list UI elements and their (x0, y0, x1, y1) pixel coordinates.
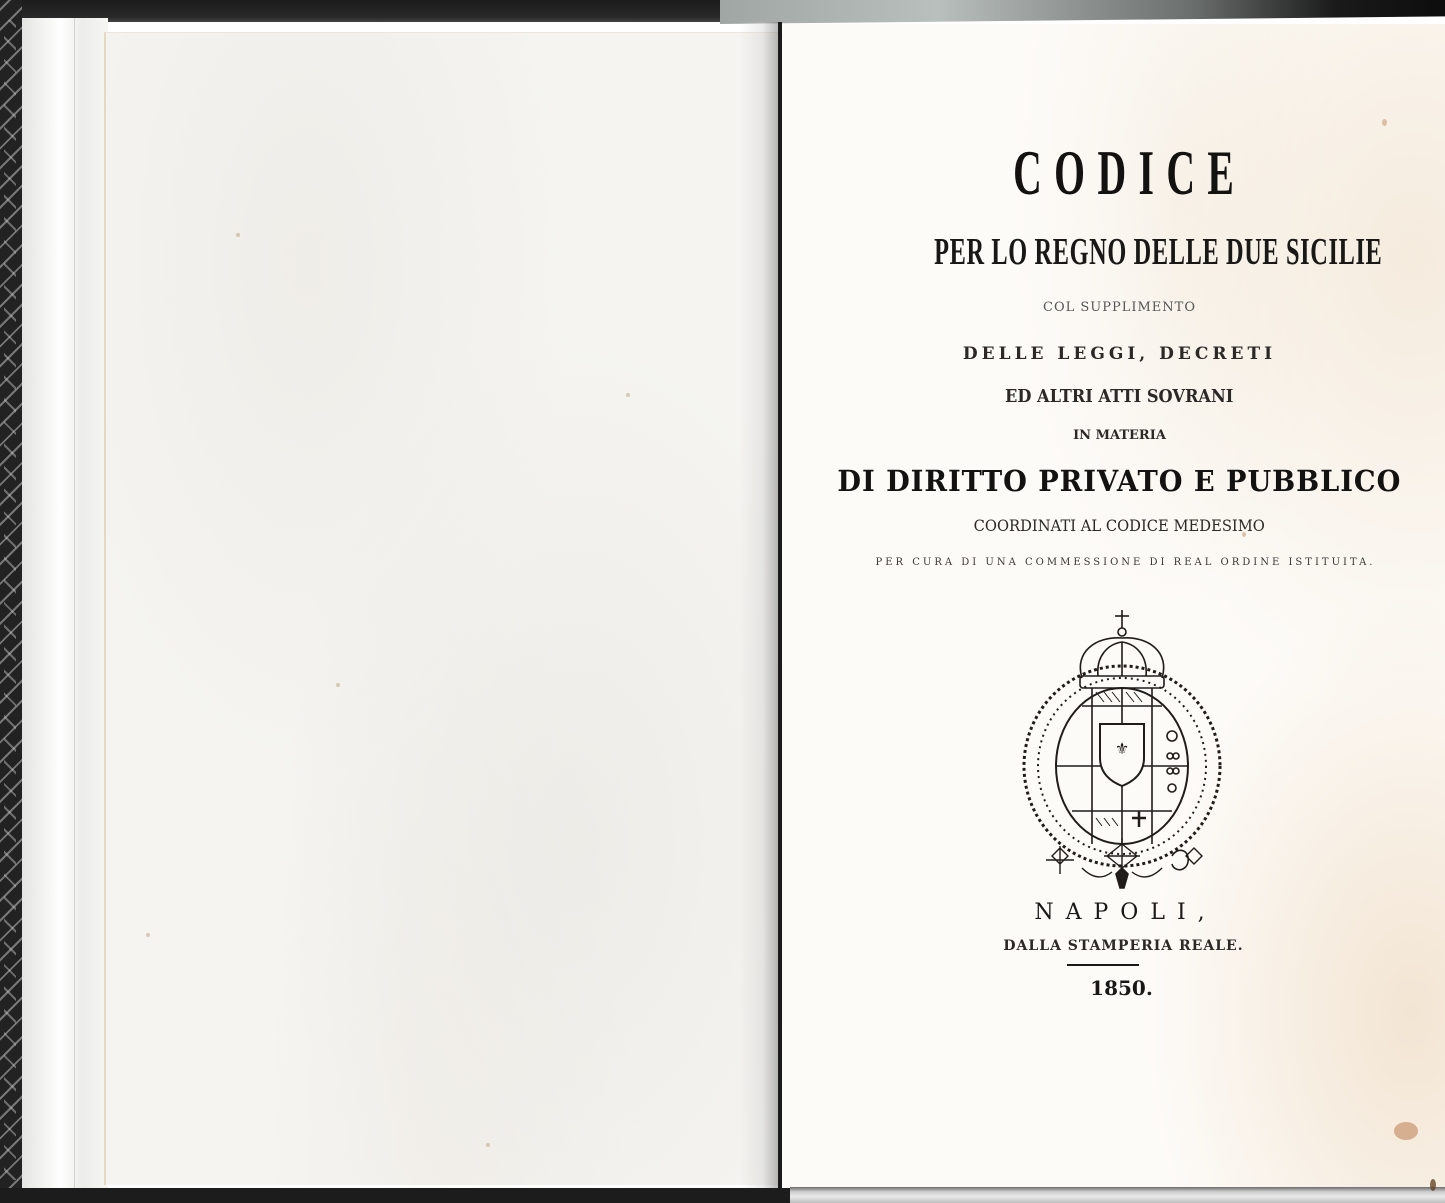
cover-spine-edge (0, 0, 22, 1203)
line-diritto: DI DIRITTO PRIVATO E PUBBLICO (802, 464, 1431, 498)
line-col-supplimento: COL SUPPLIMENTO (782, 300, 1445, 315)
foxing-spot (486, 1143, 490, 1147)
stain (1394, 1122, 1418, 1140)
imprint-place: NAPOLI, (782, 900, 1445, 925)
line-delle-leggi: DELLE LEGGI, DECRETI (782, 344, 1445, 364)
foxing-spot (1382, 119, 1387, 126)
foxing-spot (236, 233, 240, 237)
line-altri-atti: ED ALTRI ATTI SOVRANI (815, 386, 1417, 407)
line-coordinati: COORDINATI AL CODICE MEDESIMO (809, 516, 1424, 535)
cover-top-edge (0, 0, 790, 22)
gutter-shadow (740, 22, 778, 1188)
imprint-printer: DALLA STAMPERIA REALE. (782, 938, 1445, 954)
endpaper-fold (74, 18, 75, 1188)
foxing-spot (336, 683, 340, 687)
left-blank-page (104, 32, 778, 1185)
cover-top-right-edge (720, 0, 1445, 24)
foxing-spot (626, 393, 630, 397)
stain (1430, 1179, 1436, 1191)
cover-bottom-right-edge (790, 1187, 1445, 1203)
line-per-cura: PER CURA DI UNA COMMESSIONE DI REAL ORDI… (782, 557, 1445, 568)
book-scan: CODICE PER LO REGNO DELLE DUE SICILIE CO… (0, 0, 1445, 1203)
coat-of-arms-icon: ⚜ (1012, 606, 1232, 896)
title: CODICE (912, 136, 1335, 210)
line-in-materia: IN MATERIA (782, 428, 1445, 443)
endpaper-strip (22, 18, 108, 1188)
cover-bottom-edge (0, 1188, 800, 1203)
title-page: CODICE PER LO REGNO DELLE DUE SICILIE CO… (782, 24, 1445, 1187)
foxing-spot (146, 933, 150, 937)
imprint-rule (1067, 964, 1139, 966)
imprint-year: 1850. (782, 976, 1445, 1000)
svg-text:⚜: ⚜ (1115, 739, 1129, 758)
subtitle: PER LO REGNO DELLE DUE SICILIE (909, 230, 1359, 274)
